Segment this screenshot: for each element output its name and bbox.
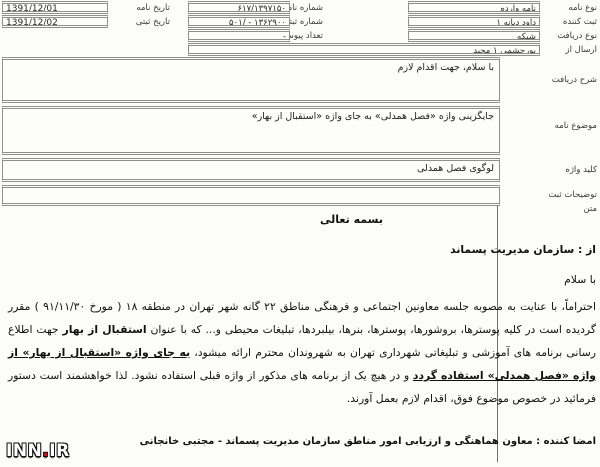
section-label-registration-notes: توضیحات ثبت	[539, 190, 597, 201]
field-value-letter-type: نامه وارده	[408, 1, 540, 14]
field-value-attachments-count: -	[188, 29, 290, 42]
section-label-subject: موضوع نامه	[539, 121, 597, 132]
section-value-receive-description: با سلام، جهت اقدام لازم	[2, 57, 500, 103]
watermark-main: INN	[6, 441, 42, 461]
scanned-letter-form: نوع نامه نامه وارده ثبت کننده داود دیانه…	[0, 0, 600, 467]
field-label-letter-type: نوع نامه	[542, 3, 597, 14]
watermark-tld: IR	[49, 441, 69, 461]
field-value-registration-number: ۵۰۱/ - ۱۳۶۲۹۰۰	[188, 15, 290, 28]
from-line: از : سازمان مدیریت پسماند	[450, 243, 596, 256]
section-value-registration-notes	[2, 185, 500, 206]
field-label-registration-date: تاریخ ثبتی	[115, 17, 170, 28]
letter-paragraph: احتراماً، با عنایت به مصوبه جلسه معاونین…	[8, 295, 600, 410]
section-value-subject: جایگزینی واژه «فصل همدلی» به جای واژه «ا…	[2, 106, 500, 155]
section-value-keyword: لوگوی فصل همدلی	[2, 158, 500, 182]
inn-ir-watermark: INN.IR	[6, 441, 70, 461]
field-value-registrar: داود دیانه ۱	[408, 15, 540, 28]
field-value-letter-date: 1391/12/01	[2, 1, 108, 14]
field-value-letter-number: ۶۱۷/۱۳۹۷۱۵۰	[188, 1, 290, 14]
field-label-letter-date: تاریخ نامه	[115, 3, 170, 14]
field-label-receive-type: نوع دریافت	[542, 31, 597, 42]
section-label-receive-description: شرح دریافت	[539, 75, 597, 86]
salutation-line: با سلام	[564, 273, 596, 286]
field-value-registration-date: 1391/12/02	[2, 15, 108, 28]
field-label-registrar: ثبت کننده	[542, 17, 597, 28]
field-label-sent-from: ارسال از	[542, 45, 597, 56]
field-value-receive-type: شبکه	[408, 29, 540, 42]
signature-line: امضا کننده : معاون هماهنگی و ارزیابی امو…	[140, 436, 596, 447]
field-value-sent-from: پورچشمی ۱ مجید	[188, 43, 540, 56]
besmele-line: بسمه تعالی	[103, 213, 600, 226]
section-label-keyword: کلید واژه	[539, 165, 597, 176]
